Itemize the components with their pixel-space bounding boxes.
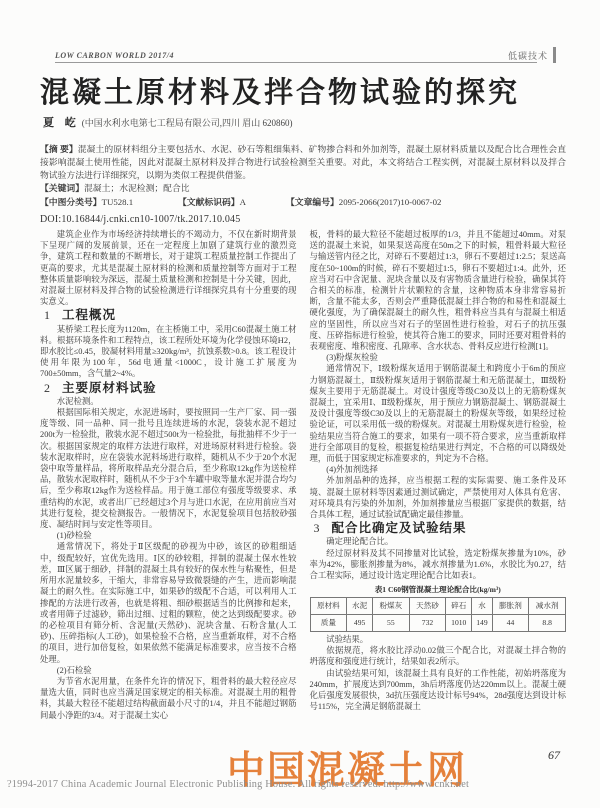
doi-line: DOI:10.16844/j.cnki.cn10-1007/tk.2017.10… xyxy=(40,214,240,225)
table-cell: 732 xyxy=(409,614,446,631)
abstract-text: 混凝土的原材料组分主要包括水、水泥、砂石等粗细集料、矿物掺合料和外加剂等，混凝土… xyxy=(40,144,566,180)
section-3-number: 3 xyxy=(310,523,332,534)
article-id-value: 2095-2066(2017)10-0067-02 xyxy=(339,197,442,207)
admixture-heading: (4)外加剂选择 xyxy=(310,464,567,475)
column-section-label: 低碳技术 xyxy=(508,49,548,62)
table-header-cell: 水泥 xyxy=(347,597,373,614)
author-line: 夏 屹(中国水利水电第七工程局有限公司,四川 眉山 620860) xyxy=(43,113,563,131)
table-header-cell: 碎石 xyxy=(446,597,472,614)
table-cell: 495 xyxy=(347,614,373,631)
table-cell: 55 xyxy=(373,614,410,631)
page-number: 67 xyxy=(548,748,560,763)
mix-ratio-table: 原材料 水泥 粉煤灰 天然砂 碎石 水 膨胀剂 减水剂 质量 495 55 73… xyxy=(310,597,567,632)
section-1-paragraph: 某桥梁工程长度为1120m，在主桥施工中，采用C60混凝土施工材料。根据环境条件… xyxy=(40,324,297,380)
doc-code-value: A xyxy=(240,197,246,207)
sand-test-paragraph: 通常情况下，将处于Ⅱ区级配的砂视为中砂，该区的砂粗细适中，级配较好，宜优先选用。… xyxy=(40,541,297,664)
article-id-item: 【文章编号】2095-2066(2017)10-0067-02 xyxy=(286,196,441,209)
abstract-label: 【摘 要】 xyxy=(40,144,78,154)
article-id-label: 【文章编号】 xyxy=(286,197,339,207)
section-2-number: 2 xyxy=(40,383,62,394)
keywords-label: 【关键词】 xyxy=(40,183,84,193)
table-cell: 1010 xyxy=(446,614,472,631)
flyash-test-paragraph: 通常情况下，Ⅰ级粉煤灰适用于钢筋混凝土和跨度小于6m的预应力钢筋混凝土，Ⅱ级粉煤… xyxy=(310,363,567,464)
table-cell: 质量 xyxy=(310,614,347,631)
test-result-paragraph-1: 依据规范，将水胶比浮动0.02做三个配合比，对混凝土拌合物的坍落度和强度进行统计… xyxy=(310,645,567,667)
section-1-heading: 1 工程概况 xyxy=(40,309,297,321)
cement-test-paragraph: 根据国际相关规定，水泥进场时，要按照同一生产厂家、同一强度等级、同一品种、同一批… xyxy=(40,407,297,530)
paper-page: LOW CARBON WORLD 2017/4 低碳技术 混凝土原材料及拌合物试… xyxy=(0,0,600,808)
section-1-title: 工程概况 xyxy=(62,309,116,320)
table-header-cell: 水 xyxy=(472,597,492,614)
column-left: 建筑企业作为市场经济持续增长的不竭动力，不仅在新时期背景下呈现广阔的发展前景，还… xyxy=(40,229,297,746)
test-result-paragraph-2: 由试验结果可知，该混凝土具有良好的工作性能，初始坍落度为240mm，扩展度达到7… xyxy=(310,668,567,713)
test-result-lead: 试验结果。 xyxy=(310,634,567,645)
table-header-cell: 天然砂 xyxy=(409,597,446,614)
flyash-test-heading: (3)粉煤灰检验 xyxy=(310,352,567,363)
table-header-cell: 减水剂 xyxy=(529,597,566,614)
article-title: 混凝土原材料及拌合物试验的探究 xyxy=(40,70,565,111)
header-rule xyxy=(55,62,537,63)
stone-test-heading: (2)石检验 xyxy=(40,665,297,676)
stone-test-continuation: 板，骨料的最大粒径不能超过板厚的1/3，并且不能超过40mm。对泵送的混凝土来说… xyxy=(310,229,567,352)
clc-value: TU528.1 xyxy=(102,197,134,207)
admixture-paragraph: 外加剂品种的选择，应当根据工程的实际需要、施工条件及环境、混凝土原材料等因素通过… xyxy=(310,475,567,520)
doc-code-item: 【文献标识码】A xyxy=(178,196,286,209)
table-cell: 8.8 xyxy=(529,614,566,631)
column-right: 板，骨料的最大粒径不能超过板厚的1/3，并且不能超过40mm。对泵送的混凝土来说… xyxy=(310,229,567,746)
section-3-heading: 3 配合比确定及试验结果 xyxy=(310,522,567,534)
table-header-cell: 原材料 xyxy=(310,597,347,614)
abstract-block: 【摘 要】混凝土的原材料组分主要包括水、水泥、砂石等粗细集料、矿物掺合料和外加剂… xyxy=(40,143,566,209)
sand-test-heading: (1)砂检验 xyxy=(40,530,297,541)
table-data-row: 质量 495 55 732 1010 149 44 8.8 xyxy=(310,614,566,631)
intro-paragraph: 建筑企业作为市场经济持续增长的不竭动力，不仅在新时期背景下呈现广阔的发展前景，还… xyxy=(40,229,297,307)
clc-label: 【中图分类号】 xyxy=(40,197,102,207)
mix-ratio-lead: 确定理论配合比。 xyxy=(310,536,567,547)
section-2-title: 主要原材料试验 xyxy=(62,382,157,393)
cement-test-lead: 水泥检测。 xyxy=(40,396,297,407)
section-1-number: 1 xyxy=(40,310,62,321)
stone-test-paragraph: 为节省水泥用量，在条件允许的情况下，粗骨料的最大粒径应尽量选大值，同时也应当满足… xyxy=(40,676,297,721)
section-3-title: 配合比确定及试验结果 xyxy=(332,522,467,533)
table-1-caption: 表1 C60钢管混凝土理论配合比(kg/m³) xyxy=(310,584,567,595)
table-header-cell: 粉煤灰 xyxy=(373,597,410,614)
author-affiliation: (中国水利水电第七工程局有限公司,四川 眉山 620860) xyxy=(82,118,293,128)
table-header-row: 原材料 水泥 粉煤灰 天然砂 碎石 水 膨胀剂 减水剂 xyxy=(310,597,566,614)
table-cell: 44 xyxy=(492,614,529,631)
clc-item: 【中图分类号】TU528.1 xyxy=(40,196,178,209)
keywords-line: 【关键词】混凝土；水泥检测；配合比 xyxy=(40,182,566,195)
author-name: 夏 屹 xyxy=(43,117,80,129)
table-header-cell: 膨胀剂 xyxy=(492,597,529,614)
section-2-heading: 2 主要原材料试验 xyxy=(40,382,297,394)
keywords-text: 混凝土；水泥检测；配合比 xyxy=(84,183,190,193)
classification-line: 【中图分类号】TU528.1 【文献标识码】A 【文章编号】2095-2066(… xyxy=(40,196,566,209)
body-columns: 建筑企业作为市场经济持续增长的不竭动力，不仅在新时期背景下呈现广阔的发展前景，还… xyxy=(40,229,566,746)
copyright-line: ?1994-2017 China Academic Journal Electr… xyxy=(7,779,597,790)
abstract-paragraph: 【摘 要】混凝土的原材料组分主要包括水、水泥、砂石等粗细集料、矿物掺合料和外加剂… xyxy=(40,143,566,182)
journal-name: LOW CARBON WORLD 2017/4 xyxy=(55,51,174,60)
doc-code-label: 【文献标识码】 xyxy=(178,197,240,207)
mix-ratio-paragraph: 经过原材料及其不同掺量对比试验，选定粉煤灰掺量为10%，砂率为42%，膨胀剂掺量… xyxy=(310,548,567,582)
column-section-bar xyxy=(553,47,556,63)
table-cell: 149 xyxy=(472,614,492,631)
